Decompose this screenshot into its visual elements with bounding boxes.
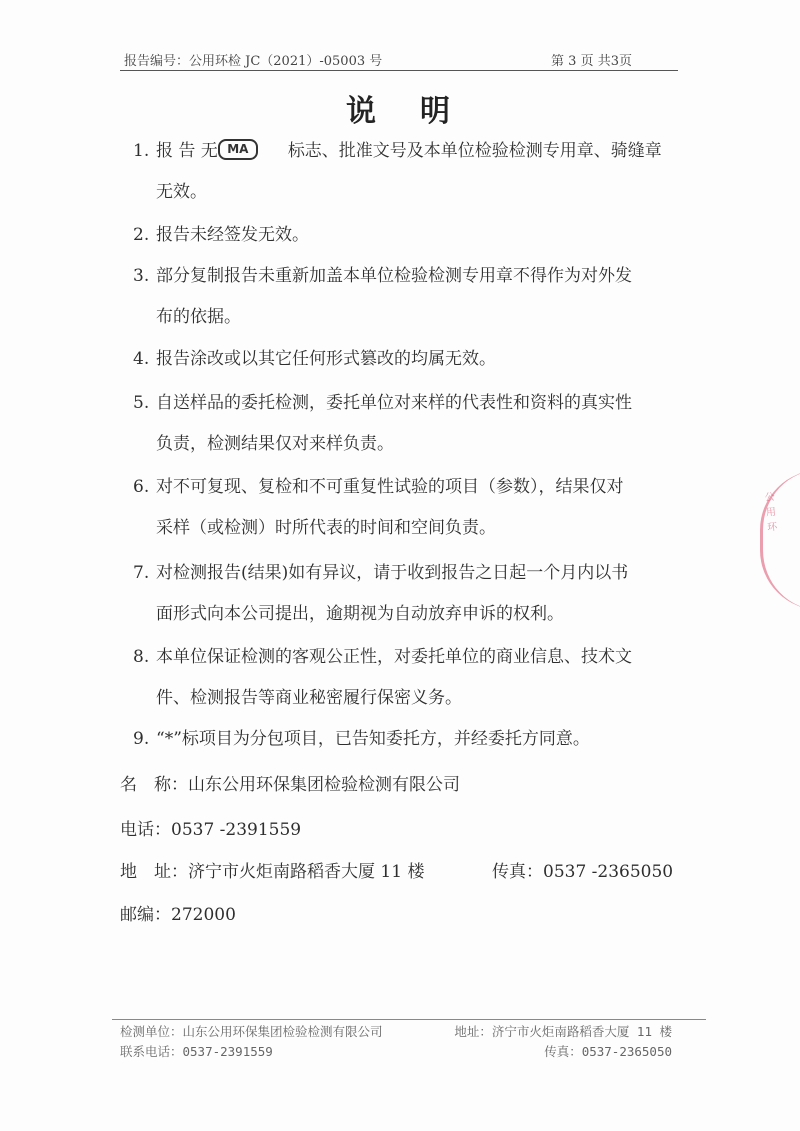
item-number: 3.	[133, 256, 156, 297]
list-item: 7.对检测报告(结果)如有异议，请于收到报告之日起一个月内以书 面形式向本公司提…	[133, 553, 693, 635]
company-phone: 电话：0537 -2391559	[120, 815, 301, 840]
page-header: 报告编号：公用环检 JC（2021）-05003 号 第 3 页 共3页	[120, 48, 678, 71]
item-text: 对不可复现、复检和不可重复性试验的项目（参数），结果仅对	[156, 477, 624, 497]
list-item: 8.本单位保证检测的客观公正性，对委托单位的商业信息、技术文 件、检测报告等商业…	[133, 637, 693, 719]
item-text: 标志、批准文号及本单位检验检测专用章、骑缝章	[288, 141, 662, 161]
company-postcode: 邮编：272000	[120, 900, 236, 925]
cma-logo-icon: MA	[218, 139, 258, 160]
item-number: 2.	[133, 215, 156, 256]
item-text: 部分复制报告未重新加盖本单位检验检测专用章不得作为对外发	[156, 266, 632, 286]
page-title: 说明	[0, 86, 800, 130]
item-text: 报告未经签发无效。	[156, 225, 309, 245]
item-text-continued: 负责，检测结果仅对来样负责。	[133, 424, 693, 465]
company-name: 名 称：山东公用环保集团检验检测有限公司	[120, 770, 460, 795]
list-item: 6.对不可复现、复检和不可重复性试验的项目（参数），结果仅对 采样（或检测）时所…	[133, 467, 693, 549]
item-text: 报告涂改或以其它任何形式篡改的均属无效。	[156, 349, 496, 369]
item-number: 4.	[133, 339, 156, 380]
item-text-continued: 无效。	[133, 172, 693, 213]
item-number: 9.	[133, 719, 156, 760]
footer-unit: 检测单位：山东公用环保集团检验检测有限公司	[120, 1022, 383, 1040]
item-text: 对检测报告(结果)如有异议，请于收到报告之日起一个月内以书	[156, 563, 628, 583]
list-item: 4.报告涂改或以其它任何形式篡改的均属无效。	[133, 339, 693, 380]
item-text-continued: 面形式向本公司提出，逾期视为自动放弃申诉的权利。	[133, 594, 693, 635]
list-item: 3.部分复制报告未重新加盖本单位检验检测专用章不得作为对外发 布的依据。	[133, 256, 693, 338]
company-address: 地 址：济宁市火炬南路稻香大厦 11 楼	[120, 857, 424, 882]
page-info: 第 3 页 共3页	[551, 50, 632, 69]
item-text-continued: 采样（或检测）时所代表的时间和空间负责。	[133, 508, 693, 549]
company-fax: 传真：0537 -2365050	[492, 857, 673, 882]
list-item: 1.报 告 无MA标志、批准文号及本单位检验检测专用章、骑缝章 无效。	[133, 131, 693, 213]
list-item: 9.“*”标项目为分包项目，已告知委托方，并经委托方同意。	[133, 719, 693, 760]
item-number: 7.	[133, 553, 156, 594]
item-number: 8.	[133, 637, 156, 678]
footer-fax: 传真：0537-2365050	[544, 1042, 672, 1060]
item-number: 5.	[133, 383, 156, 424]
item-text-continued: 布的依据。	[133, 297, 693, 338]
footer-phone: 联系电话：0537-2391559	[120, 1042, 273, 1060]
page-footer: 检测单位：山东公用环保集团检验检测有限公司 地址：济宁市火炬南路稻香大厦 11 …	[112, 1019, 706, 1060]
item-number: 6.	[133, 467, 156, 508]
item-text-continued: 件、检测报告等商业秘密履行保密义务。	[133, 678, 693, 719]
item-text: 本单位保证检测的客观公正性，对委托单位的商业信息、技术文	[156, 647, 632, 667]
footer-address: 地址：济宁市火炬南路稻香大厦 11 楼	[454, 1022, 672, 1040]
item-text: 报 告 无	[156, 141, 218, 161]
item-text: 自送样品的委托检测，委托单位对来样的代表性和资料的真实性	[156, 393, 632, 413]
item-text: “*”标项目为分包项目，已告知委托方，并经委托方同意。	[156, 729, 590, 749]
list-item: 2.报告未经签发无效。	[133, 215, 693, 256]
list-item: 5.自送样品的委托检测，委托单位对来样的代表性和资料的真实性 负责，检测结果仅对…	[133, 383, 693, 465]
report-number: 报告编号：公用环检 JC（2021）-05003 号	[124, 50, 382, 69]
item-number: 1.	[133, 131, 156, 172]
